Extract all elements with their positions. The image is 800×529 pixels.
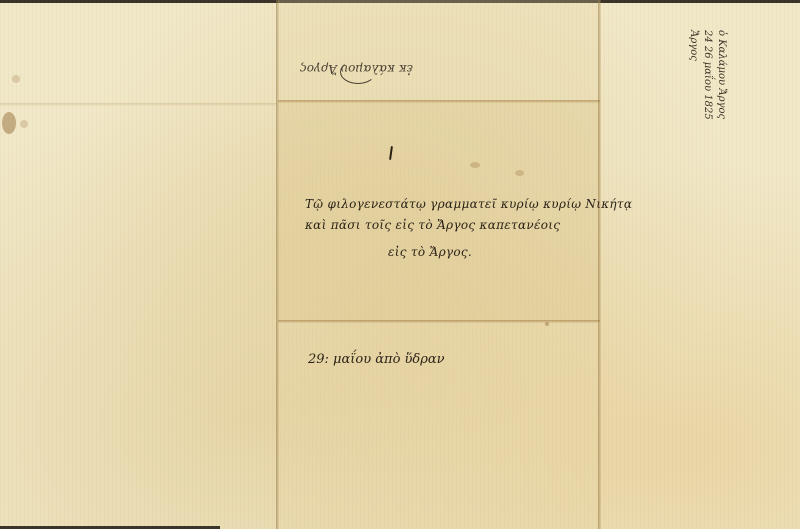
stain [2, 112, 16, 134]
margin-line-2: 24 26 μαΐου 1825 [700, 30, 714, 120]
stain [12, 75, 20, 83]
stain [470, 162, 480, 168]
margin-docket-note: ὁ Καλάμου Ἄργος 24 26 μαΐου 1825 Ἄργος [686, 30, 728, 120]
fold-line-bottom [278, 320, 600, 323]
address-line-1: Τῷ φιλογενεστάτῳ γραμματεῖ κυρίῳ κυρίῳ Ν… [305, 197, 632, 211]
stain [545, 322, 549, 326]
fold-line-left-panel [0, 103, 276, 106]
stain [20, 120, 28, 128]
flourish-mark [340, 60, 376, 84]
address-line-2: καὶ πᾶσι τοῖς εἰς τὸ Ἄργος καπετανέοις [305, 218, 560, 232]
fold-line-top [278, 100, 600, 103]
address-line-3: εἰς τὸ Ἄργος. [388, 245, 472, 259]
fold-line-right [598, 0, 601, 529]
fold-line-left [276, 0, 279, 529]
margin-line-1: ὁ Καλάμου Ἄργος [714, 30, 728, 120]
address-panel [278, 100, 600, 322]
margin-line-3: Ἄργος [686, 30, 700, 120]
letter-sheet: ἐκ κάλαμου Ἄργος Τῷ φιλογενεστάτῳ γραμμα… [0, 0, 800, 529]
stain [515, 170, 524, 176]
receipt-note: 29: μαΐου ἀπὸ ὕδραν [308, 352, 445, 367]
